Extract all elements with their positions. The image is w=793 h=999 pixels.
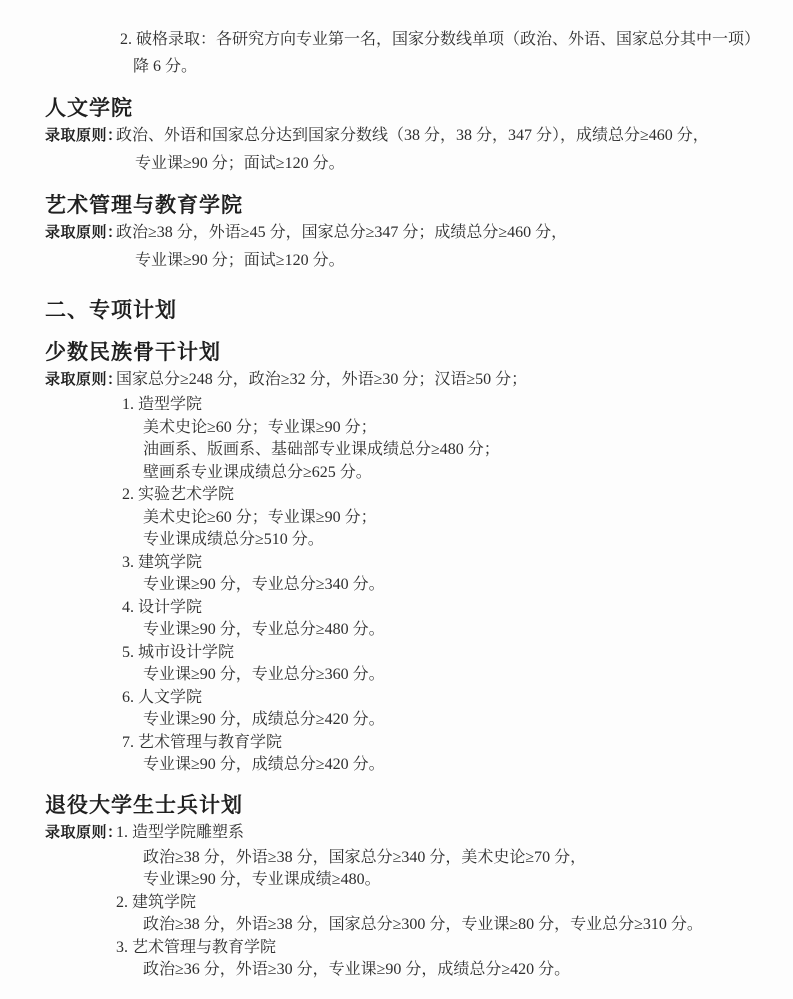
list-detail-line: 专业课成绩总分≥510 分。 (45, 529, 753, 552)
list-item-line: 3. 艺术管理与教育学院 (45, 937, 753, 960)
principle-text: 政治、外语和国家总分达到国家分数线（38 分，38 分，347 分），成绩总分≥… (116, 122, 753, 149)
body-line: 2. 破格录取：各研究方向专业第一名，国家分数线单项（政治、外语、国家总分其中一… (45, 26, 753, 53)
list-detail-line: 油画系、版画系、基础部专业课成绩总分≥480 分； (45, 439, 753, 462)
document-content: 2. 破格录取：各研究方向专业第一名，国家分数线单项（政治、外语、国家总分其中一… (45, 26, 753, 982)
list-detail-line: 政治≥38 分，外语≥38 分，国家总分≥300 分，专业课≥80 分，专业总分… (45, 914, 753, 937)
list-item-line: 2. 建筑学院 (45, 892, 753, 915)
list-detail-line: 专业课≥90 分，成绩总分≥420 分。 (45, 709, 753, 732)
body-line: 降 6 分。 (45, 53, 753, 80)
subsection-heading: 人文学院 (45, 94, 753, 122)
list-detail-line: 专业课≥90 分，专业总分≥340 分。 (45, 574, 753, 597)
principle-row: 录取原则：1. 造型学院雕塑系 (45, 819, 753, 847)
principle-text: 1. 造型学院雕塑系 (116, 819, 753, 846)
principle-label: 录取原则： (45, 220, 116, 247)
principle-row: 录取原则：政治、外语和国家总分达到国家分数线（38 分，38 分，347 分），… (45, 122, 753, 150)
list-detail-line: 专业课≥90 分，专业课成绩≥480。 (45, 869, 753, 892)
principle-label: 录取原则： (45, 367, 116, 394)
list-detail-line: 专业课≥90 分，专业总分≥360 分。 (45, 664, 753, 687)
document-page: 2. 破格录取：各研究方向专业第一名，国家分数线单项（政治、外语、国家总分其中一… (0, 0, 793, 999)
section-heading: 二、专项计划 (45, 296, 753, 324)
list-item-line: 4. 设计学院 (45, 597, 753, 620)
list-detail-line: 专业课≥90 分，成绩总分≥420 分。 (45, 754, 753, 777)
principle-label: 录取原则： (45, 820, 116, 847)
list-detail-line: 壁画系专业课成绩总分≥625 分。 (45, 462, 753, 485)
principle-continuation-line: 专业课≥90 分；面试≥120 分。 (45, 150, 753, 177)
principle-label: 录取原则： (45, 123, 116, 150)
list-detail-line: 专业课≥90 分，专业总分≥480 分。 (45, 619, 753, 642)
list-item-line: 2. 实验艺术学院 (45, 484, 753, 507)
subsection-heading: 艺术管理与教育学院 (45, 191, 753, 219)
list-detail-line: 政治≥38 分，外语≥38 分，国家总分≥340 分，美术史论≥70 分， (45, 847, 753, 870)
list-item-line: 6. 人文学院 (45, 687, 753, 710)
principle-text: 国家总分≥248 分，政治≥32 分，外语≥30 分；汉语≥50 分； (116, 366, 753, 393)
subsection-heading: 少数民族骨干计划 (45, 338, 753, 366)
list-item-line: 7. 艺术管理与教育学院 (45, 732, 753, 755)
list-detail-line: 美术史论≥60 分；专业课≥90 分； (45, 417, 753, 440)
principle-row: 录取原则：政治≥38 分，外语≥45 分，国家总分≥347 分；成绩总分≥460… (45, 219, 753, 247)
list-detail-line: 政治≥36 分，外语≥30 分，专业课≥90 分，成绩总分≥420 分。 (45, 959, 753, 982)
principle-row: 录取原则：国家总分≥248 分，政治≥32 分，外语≥30 分；汉语≥50 分； (45, 366, 753, 394)
list-item-line: 5. 城市设计学院 (45, 642, 753, 665)
list-detail-line: 美术史论≥60 分；专业课≥90 分； (45, 507, 753, 530)
principle-text: 政治≥38 分，外语≥45 分，国家总分≥347 分；成绩总分≥460 分， (116, 219, 753, 246)
list-item-line: 3. 建筑学院 (45, 552, 753, 575)
subsection-heading: 退役大学生士兵计划 (45, 791, 753, 819)
principle-continuation-line: 专业课≥90 分；面试≥120 分。 (45, 247, 753, 274)
list-item-line: 1. 造型学院 (45, 394, 753, 417)
